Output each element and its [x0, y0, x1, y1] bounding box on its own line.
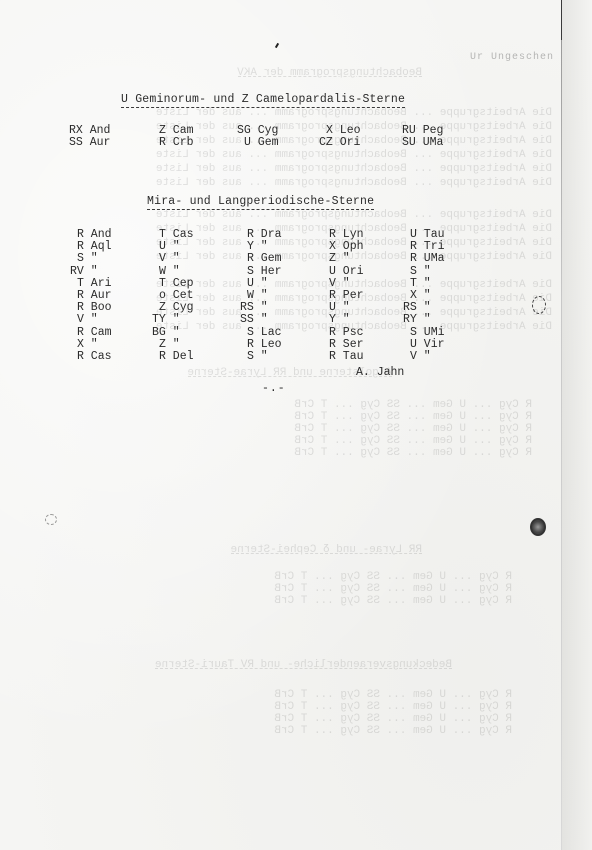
star-designation: R Boo: [77, 302, 112, 314]
star-designation: R Ser: [329, 339, 364, 351]
star-designation: R Cas: [77, 351, 112, 363]
star-designation: R Aur: [77, 290, 112, 302]
star-designation: R Cam: [77, 327, 112, 339]
star-designation: T Ari: [77, 278, 112, 290]
star-designation: RV ": [70, 266, 98, 278]
signature: A. Jahn: [356, 367, 404, 379]
star-designation: R Aql: [77, 241, 112, 253]
punch-hole-mark: [45, 514, 57, 525]
star-designation: R Tri: [410, 241, 445, 253]
star-designation: BG ": [152, 327, 180, 339]
punch-hole-mark: [530, 518, 546, 536]
star-designation: X ": [77, 339, 98, 351]
star-designation: T Cep: [159, 278, 194, 290]
separator: -.-: [262, 383, 286, 395]
star-designation: S Her: [247, 266, 282, 278]
star-designation: R Crb: [159, 137, 194, 149]
star-designation: RU Peg: [402, 125, 443, 137]
star-designation: R Per: [329, 290, 364, 302]
star-designation: U Vir: [410, 339, 445, 351]
star-designation: SS Aur: [69, 137, 110, 149]
section-title-mira: Mira- und Langperiodische-Sterne: [147, 196, 374, 210]
star-designation: U ": [247, 278, 268, 290]
star-designation: U Tau: [410, 229, 445, 241]
punch-hole-mark: [532, 296, 546, 314]
star-designation: R Lyn: [329, 229, 364, 241]
star-designation: R Gem: [247, 253, 282, 265]
star-designation: SU UMa: [402, 137, 443, 149]
star-designation: S ": [247, 351, 268, 363]
star-designation: S UMi: [410, 327, 445, 339]
star-designation: U Ori: [329, 266, 364, 278]
star-designation: Y ": [247, 241, 268, 253]
section-title-u-gem: U Geminorum- und Z Camelopardalis-Sterne: [121, 94, 405, 108]
star-designation: SG Cyg: [237, 125, 278, 137]
star-designation: S Lac: [247, 327, 282, 339]
star-designation: R Leo: [247, 339, 282, 351]
star-designation: RY ": [403, 314, 431, 326]
star-designation: R Tau: [329, 351, 364, 363]
star-designation: T Cas: [159, 229, 194, 241]
star-designation: X ": [410, 290, 431, 302]
star-designation: R UMa: [410, 253, 445, 265]
star-designation: o Cet: [159, 290, 194, 302]
star-designation: U ": [329, 302, 350, 314]
star-designation: W ": [247, 290, 268, 302]
star-designation: X Oph: [329, 241, 364, 253]
star-designation: V ": [410, 351, 431, 363]
star-designation: V ": [77, 314, 98, 326]
star-designation: Y ": [329, 314, 350, 326]
star-designation: SS ": [240, 314, 268, 326]
star-designation: S ": [77, 253, 98, 265]
star-designation: R Psc: [329, 327, 364, 339]
star-designation: U ": [159, 241, 180, 253]
star-designation: R Dra: [247, 229, 282, 241]
document-content: U Geminorum- und Z Camelopardalis-Sterne…: [0, 0, 592, 850]
star-designation: Z Cyg: [159, 302, 194, 314]
star-designation: TY ": [152, 314, 180, 326]
star-designation: Z Cam: [159, 125, 194, 137]
star-designation: RS ": [403, 302, 431, 314]
scanned-page: Beobachtungsprogramm der AKV Die Arbeits…: [0, 0, 592, 850]
star-designation: Z ": [159, 339, 180, 351]
star-designation: X Leo: [326, 125, 361, 137]
star-designation: CZ Ori: [319, 137, 360, 149]
star-designation: Z ": [329, 253, 350, 265]
star-designation: W ": [159, 266, 180, 278]
star-designation: R Del: [159, 351, 194, 363]
star-designation: RX And: [69, 125, 110, 137]
star-designation: V ": [329, 278, 350, 290]
star-designation: T ": [410, 278, 431, 290]
star-designation: S ": [410, 266, 431, 278]
star-designation: V ": [159, 253, 180, 265]
star-designation: RS ": [240, 302, 268, 314]
star-designation: R And: [77, 229, 112, 241]
star-designation: U Gem: [244, 137, 279, 149]
